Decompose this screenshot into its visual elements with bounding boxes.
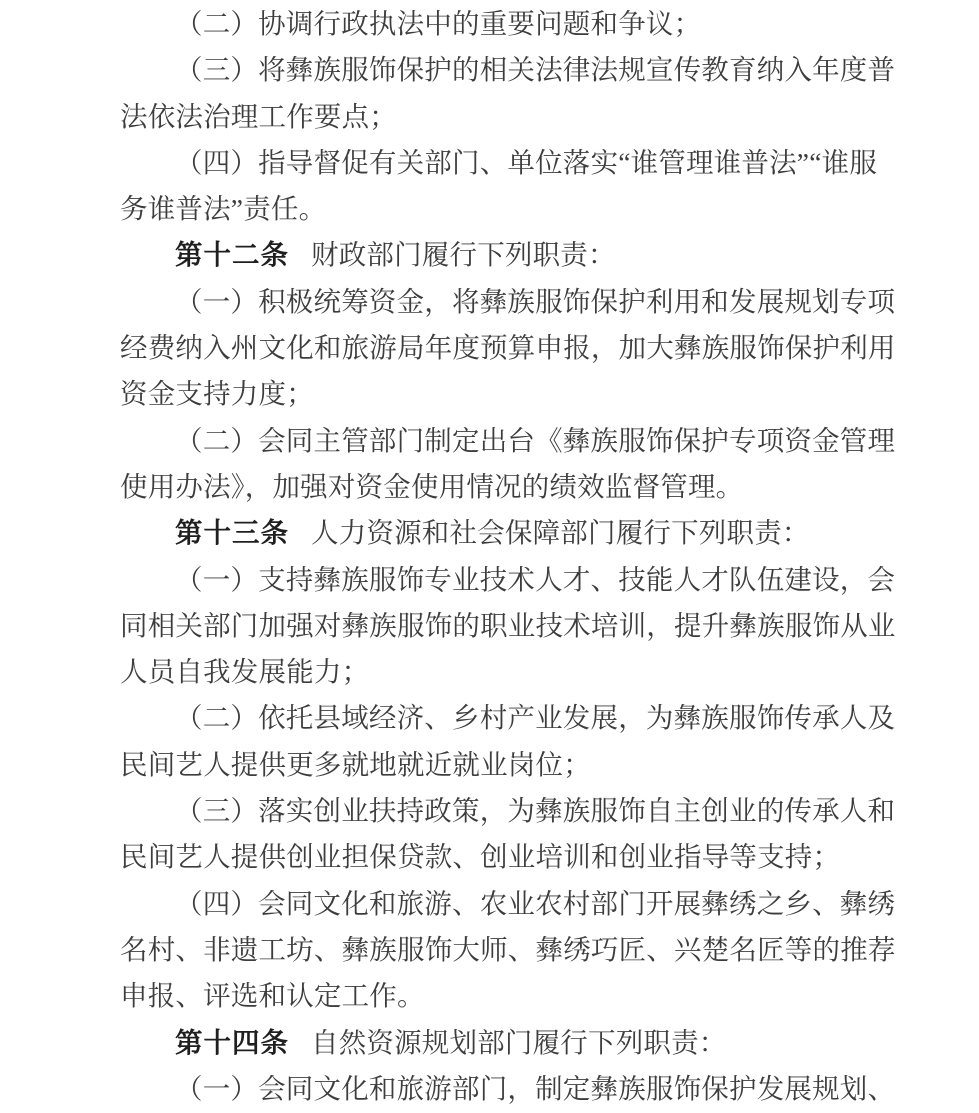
- article-number: 第十四条: [175, 1027, 289, 1058]
- body-text-line: 务谁普法”责任。: [120, 186, 910, 232]
- body-text-line: （一）会同文化和旅游部门，制定彝族服饰保护发展规划、: [120, 1066, 910, 1112]
- article-number: 第十二条: [175, 239, 289, 270]
- body-text-line: 法依法治理工作要点；: [120, 94, 910, 140]
- body-text-line: 申报、评选和认定工作。: [120, 973, 910, 1019]
- body-text-line: （四）会同文化和旅游、农业农村部门开展彝绣之乡、彝绣: [120, 881, 910, 927]
- body-text-line: （一）支持彝族服饰专业技术人才、技能人才队伍建设，会: [120, 557, 910, 603]
- article-heading-line: 第十四条自然资源规划部门履行下列职责：: [120, 1020, 910, 1066]
- body-text-line: （三）落实创业扶持政策，为彝族服饰自主创业的传承人和: [120, 788, 910, 834]
- article-heading-line: 第十二条财政部门履行下列职责：: [120, 232, 910, 278]
- body-text-line: 民间艺人提供更多就地就近就业岗位；: [120, 742, 910, 788]
- body-text-line: 人员自我发展能力；: [120, 649, 910, 695]
- body-text-line: 使用办法》，加强对资金使用情况的绩效监督管理。: [120, 464, 910, 510]
- article-title-text: 人力资源和社会保障部门履行下列职责：: [311, 517, 810, 548]
- article-title-text: 自然资源规划部门履行下列职责：: [311, 1027, 727, 1058]
- article-heading-line: 第十三条人力资源和社会保障部门履行下列职责：: [120, 510, 910, 556]
- body-text-line: 经费纳入州文化和旅游局年度预算申报，加大彝族服饰保护利用: [120, 325, 910, 371]
- article-title-text: 财政部门履行下列职责：: [311, 239, 616, 270]
- body-text-line: （二）会同主管部门制定出台《彝族服饰保护专项资金管理: [120, 418, 910, 464]
- document-text-block: （二）协调行政执法中的重要问题和争议；（三）将彝族服饰保护的相关法律法规宣传教育…: [120, 1, 910, 1112]
- body-text-line: （三）将彝族服饰保护的相关法律法规宣传教育纳入年度普: [120, 47, 910, 93]
- article-number: 第十三条: [175, 517, 289, 548]
- body-text-line: （一）积极统筹资金，将彝族服饰保护利用和发展规划专项: [120, 279, 910, 325]
- body-text-line: 同相关部门加强对彝族服饰的职业技术培训，提升彝族服饰从业: [120, 603, 910, 649]
- body-text-line: （四）指导督促有关部门、单位落实“谁管理谁普法”“谁服: [120, 140, 910, 186]
- body-text-line: 民间艺人提供创业担保贷款、创业培训和创业指导等支持；: [120, 834, 910, 880]
- document-page: （二）协调行政执法中的重要问题和争议；（三）将彝族服饰保护的相关法律法规宣传教育…: [0, 0, 979, 1113]
- body-text-line: 资金支持力度；: [120, 371, 910, 417]
- body-text-line: （二）依托县域经济、乡村产业发展，为彝族服饰传承人及: [120, 695, 910, 741]
- body-text-line: （二）协调行政执法中的重要问题和争议；: [120, 1, 910, 47]
- body-text-line: 名村、非遗工坊、彝族服饰大师、彝绣巧匠、兴楚名匠等的推荐: [120, 927, 910, 973]
